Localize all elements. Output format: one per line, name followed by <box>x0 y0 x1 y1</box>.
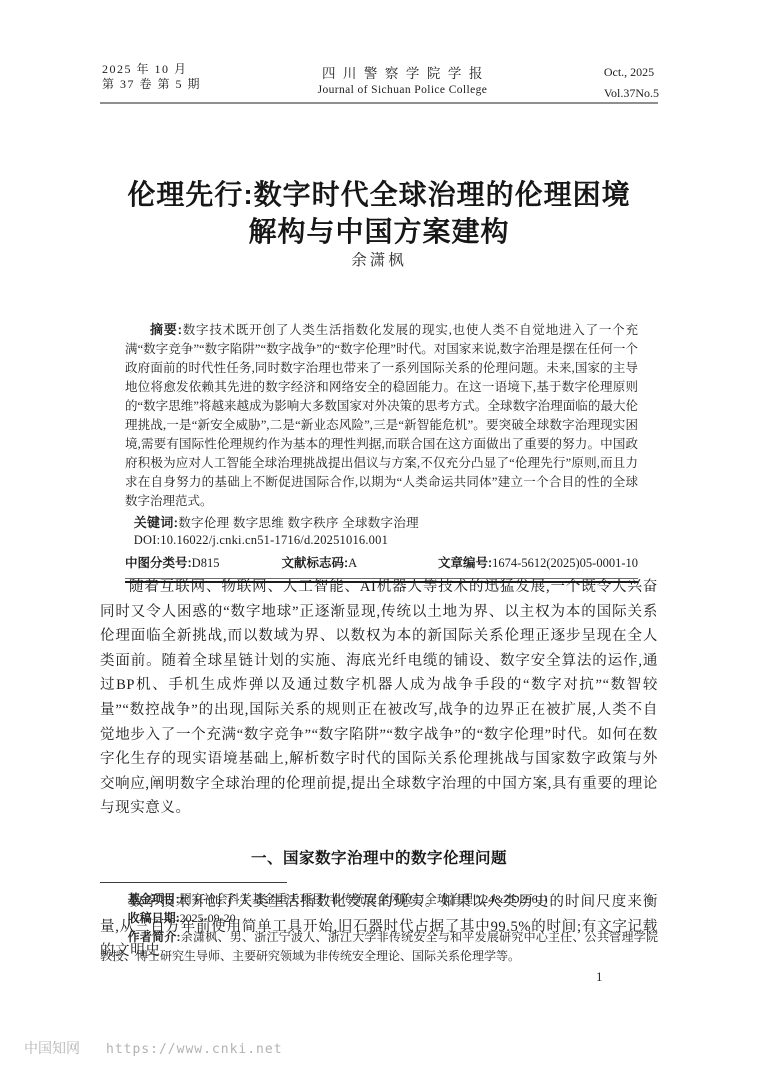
abstract-section: 摘要:数字技术既开创了人类生活指数化发展的现实,也使人类不自觉地进入了一个充满“… <box>125 320 638 583</box>
fund-project-line: 基金项目:国家社会科学基金重大项目“非传统安全风险与全球治理”(24&ZD296… <box>100 890 658 909</box>
article-title-line1: 伦理先行:数字时代全球治理的伦理困境 <box>0 176 758 213</box>
header-volume-cn: 第 37 卷 第 5 期 <box>102 77 201 92</box>
received-date-line: 收稿日期:2025-09-20 <box>100 909 658 928</box>
author-bio-label: 作者简介: <box>128 930 181 944</box>
author-bio-text: 余潇枫、男、浙江宁波人、浙江大学非传统安全与和平发展研究中心主任、公共管理学院教… <box>100 930 658 963</box>
fund-project-text: 国家社会科学基金重大项目“非传统安全风险与全球治理”(24&ZD2961) <box>180 892 548 906</box>
document-code-value: A <box>348 556 357 570</box>
journal-header: 2025 年 10 月 第 37 卷 第 5 期 四川警察学院学报 Journa… <box>102 62 659 104</box>
received-date-label: 收稿日期: <box>128 911 180 925</box>
article-id-label: 文章编号: <box>438 556 492 570</box>
page-number: 1 <box>596 969 603 985</box>
body-paragraph-1: 随着互联网、物联网、人工智能、AI机器人等技术的迅猛发展,一个既令人兴奋同时又令… <box>100 575 658 821</box>
abstract-label: 摘要: <box>150 322 182 337</box>
article-title-line2: 解构与中国方案建构 <box>0 213 758 250</box>
header-date-en: Oct., 2025 <box>604 62 659 83</box>
document-code: 文献标志码:A <box>281 553 357 571</box>
cnki-watermark: 中国知网https://www.cnki.net <box>24 1038 283 1058</box>
doi-line: DOI:10.16022/j.cnki.cn51-1716/d.20251016… <box>125 533 638 548</box>
abstract-paragraph: 摘要:数字技术既开创了人类生活指数化发展的现实,也使人类不自觉地进入了一个充满“… <box>125 320 638 511</box>
header-issue-info-en: Oct., 2025 Vol.37No.5 <box>604 62 659 104</box>
header-date-cn: 2025 年 10 月 <box>102 62 201 77</box>
author-bio-line: 作者简介:余潇枫、男、浙江宁波人、浙江大学非传统安全与和平发展研究中心主任、公共… <box>100 928 658 966</box>
keywords-line: 关键词:数字伦理 数字思维 数字秩序 全球数字治理 <box>125 512 638 531</box>
header-issue-info: 2025 年 10 月 第 37 卷 第 5 期 <box>102 62 201 92</box>
article-id: 文章编号:1674-5612(2025)05-0001-10 <box>438 553 638 571</box>
abstract-text: 数字技术既开创了人类生活指数化发展的现实,也使人类不自觉地进入了一个充满“数字竞… <box>125 323 638 508</box>
section-heading-1: 一、国家数字治理中的数字伦理问题 <box>100 846 658 868</box>
keywords-text: 数字伦理 数字思维 数字秩序 全球数字治理 <box>178 516 419 530</box>
journal-name-en: Journal of Sichuan Police College <box>315 84 490 96</box>
received-date-text: 2025-09-20 <box>180 911 236 925</box>
meta-row: 中图分类号:D815 文献标志码:A 文章编号:1674-5612(2025)0… <box>125 553 638 571</box>
author-name: 余潇枫 <box>0 248 758 270</box>
clc-number: 中图分类号:D815 <box>125 553 219 571</box>
article-id-value: 1674-5612(2025)05-0001-10 <box>492 556 638 570</box>
footnote-section: 基金项目:国家社会科学基金重大项目“非传统安全风险与全球治理”(24&ZD296… <box>100 882 658 966</box>
footnote-divider <box>100 882 287 883</box>
journal-page: 2025 年 10 月 第 37 卷 第 5 期 四川警察学院学报 Journa… <box>0 0 758 1069</box>
clc-label: 中图分类号: <box>125 556 192 570</box>
fund-project-label: 基金项目: <box>128 892 180 906</box>
document-code-label: 文献标志码: <box>281 556 348 570</box>
cnki-watermark-url: https://www.cnki.net <box>106 1042 283 1057</box>
clc-value: D815 <box>192 556 220 570</box>
header-journal-name: 四川警察学院学报 Journal of Sichuan Police Colle… <box>315 62 490 96</box>
cnki-watermark-name: 中国知网 <box>24 1042 80 1057</box>
header-volume-en: Vol.37No.5 <box>604 83 659 104</box>
journal-name-cn: 四川警察学院学报 <box>322 62 490 82</box>
article-title: 伦理先行:数字时代全球治理的伦理困境 解构与中国方案建构 <box>0 176 758 250</box>
keywords-label: 关键词: <box>134 515 179 530</box>
header-divider <box>100 102 658 104</box>
